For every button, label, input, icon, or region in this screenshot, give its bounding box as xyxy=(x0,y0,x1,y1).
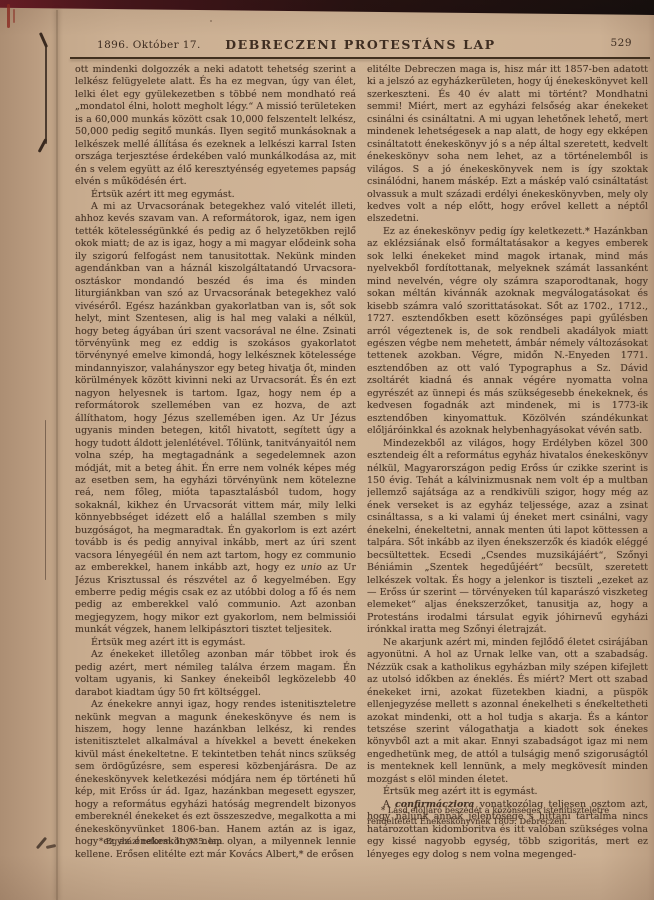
emphasized-word: unio xyxy=(301,562,322,573)
column-right: elitélte Debreczen maga is, hisz már itt… xyxy=(367,64,648,870)
stitch-thread-mark xyxy=(45,44,47,144)
paragraph: ott mindenki dolgozzék a neki adatott te… xyxy=(75,64,356,189)
paragraph: Értsük azért itt meg egymást. xyxy=(75,189,356,201)
paragraph: Az énekeket illetőleg azonban már többet… xyxy=(75,649,356,699)
footnote-right: * Lásd elöljáró beszédét a közönséges is… xyxy=(367,805,648,826)
header-rule xyxy=(70,57,650,59)
paragraph: Értsük meg azért itt is egymást. xyxy=(367,786,648,798)
paragraph: A mi az Urvacsorának betegekhez való vit… xyxy=(75,201,356,637)
paragraph: Ne akarjunk azért mi, minden fejlődő éle… xyxy=(367,637,648,786)
stitch-thread-mark xyxy=(46,844,56,849)
paragraph: Értsük meg azért itt is egymást. xyxy=(75,637,356,649)
paper-speck xyxy=(210,20,212,22)
binding-crease xyxy=(56,10,58,900)
stitch-thread-mark xyxy=(45,420,46,580)
scanned-page: 1896. Október 17. DEBRECZENI PROTESTÁNS … xyxy=(0,0,654,900)
book-top-edge-shadow xyxy=(0,0,654,15)
stitch-thread-mark xyxy=(38,138,48,153)
column-left: ott mindenki dolgozzék a neki adatott te… xyxy=(75,64,356,870)
footnote-left: * Egyházi reform. II. 335. lap. xyxy=(75,836,356,846)
paragraph: Ez az énekeskönyv pedig így keletkezett.… xyxy=(367,226,648,438)
red-pencil-mark xyxy=(7,4,10,28)
red-pencil-mark xyxy=(13,9,15,23)
paragraph: Mindezekből az világos, hogy Erdélyben k… xyxy=(367,438,648,637)
paragraph: elitélte Debreczen maga is, hisz már itt… xyxy=(367,64,648,226)
page-number: 529 xyxy=(610,37,632,49)
page-header: 1896. Október 17. DEBRECZENI PROTESTÁNS … xyxy=(75,37,646,55)
masthead-title: DEBRECZENI PROTESTÁNS LAP xyxy=(75,37,646,52)
article-body: ott mindenki dolgozzék a neki adatott te… xyxy=(75,64,648,900)
paragraph-text: A mi az Urvacsorának betegekhez való vit… xyxy=(75,201,356,573)
